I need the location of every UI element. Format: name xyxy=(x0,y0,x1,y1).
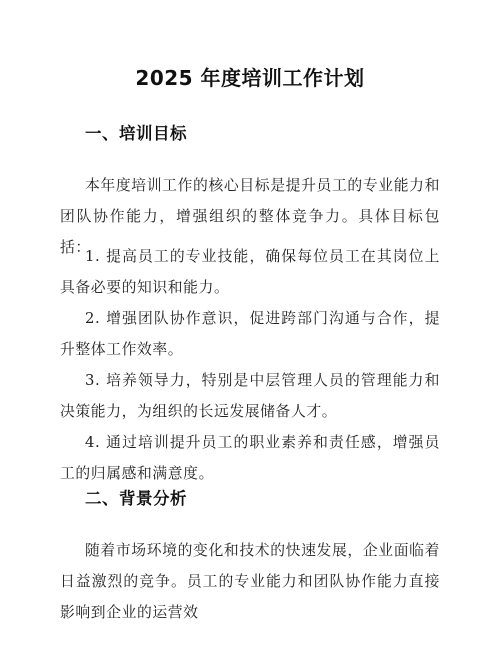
goal-item-1: 1. 提高员工的专业技能，确保每位员工在其岗位上具备必要的知识和能力。 xyxy=(60,241,440,303)
section-heading-training-goals: 一、培训目标 xyxy=(85,120,187,144)
document-title: 2025 年度培训工作计划 xyxy=(0,62,500,91)
goal-item-3: 3. 培养领导力，特别是中层管理人员的管理能力和决策能力，为组织的长远发展储备人… xyxy=(60,365,440,427)
goal-item-4: 4. 通过培训提升员工的职业素养和责任感，增强员工的归属感和满意度。 xyxy=(60,427,440,489)
document-page: 2025 年度培训工作计划 一、培训目标 本年度培训工作的核心目标是提升员工的专… xyxy=(0,0,500,647)
section-heading-background: 二、背景分析 xyxy=(85,485,187,509)
section-intro-background: 随着市场环境的变化和技术的快速发展，企业面临着日益激烈的竞争。员工的专业能力和团… xyxy=(60,535,440,628)
goal-item-2: 2. 增强团队协作意识，促进跨部门沟通与合作，提升整体工作效率。 xyxy=(60,303,440,365)
